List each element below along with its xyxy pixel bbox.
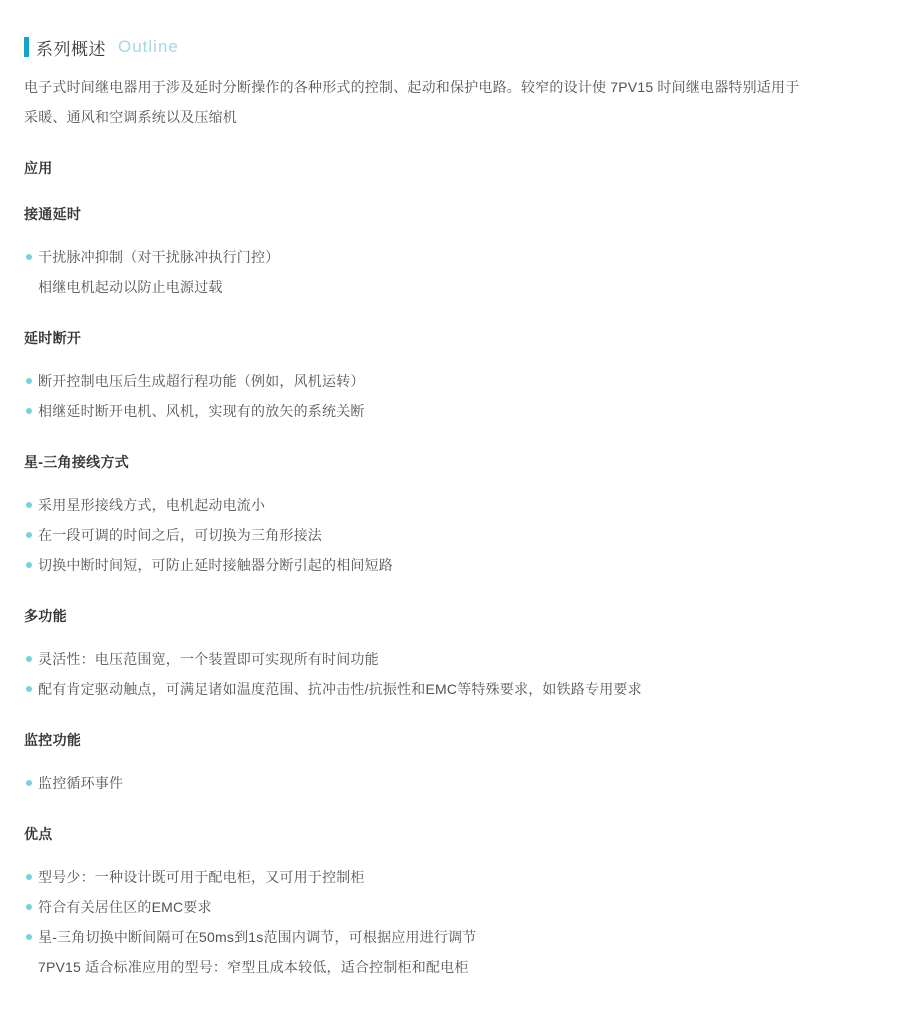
bullet-list: 灵活性：电压范围宽，一个装置即可实现所有时间功能配有肯定驱动触点，可满足诸如温度… — [24, 644, 876, 704]
bullet-dot-icon — [26, 904, 32, 910]
bullet-text: 型号少：一种设计既可用于配电柜，又可用于控制柜 — [38, 869, 365, 885]
section-heading: 接通延时 — [24, 204, 876, 224]
bullet-text: 断开控制电压后生成超行程功能（例如，风机运转） — [38, 373, 365, 389]
section-heading: 监控功能 — [24, 730, 876, 750]
bullet-text: 监控循环事件 — [38, 775, 123, 791]
document-page: 系列概述 Outline 电子式时间继电器用于涉及延时分断操作的各种形式的控制、… — [0, 0, 900, 1012]
bullet-text: 在一段可调的时间之后，可切换为三角形接法 — [38, 527, 322, 543]
bullet-text: 干扰脉冲抑制（对干扰脉冲执行门控） — [38, 249, 279, 265]
bullet-list: 型号少：一种设计既可用于配电柜，又可用于控制柜符合有关居住区的EMC要求星-三角… — [24, 862, 876, 982]
section-heading: 应用 — [24, 158, 876, 178]
continuation-line: 7PV15 适合标准应用的型号：窄型且成本较低，适合控制柜和配电柜 — [24, 952, 876, 982]
bullet-list: 监控循环事件 — [24, 768, 876, 798]
bullet-text: 配有肯定驱动触点，可满足诸如温度范围、抗冲击性/抗振性和EMC等特殊要求，如铁路… — [38, 681, 642, 697]
bullet-item: 监控循环事件 — [24, 768, 876, 798]
page-subtitle-en: Outline — [118, 37, 179, 57]
intro-line: 采暖、通风和空调系统以及压缩机 — [24, 102, 876, 132]
accent-bar — [24, 37, 29, 57]
section-heading: 延时断开 — [24, 328, 876, 348]
bullet-dot-icon — [26, 874, 32, 880]
bullet-dot-icon — [26, 780, 32, 786]
bullet-dot-icon — [26, 934, 32, 940]
intro-line: 电子式时间继电器用于涉及延时分断操作的各种形式的控制、起动和保护电路。较窄的设计… — [24, 72, 876, 102]
section-heading: 优点 — [24, 824, 876, 844]
bullet-item: 配有肯定驱动触点，可满足诸如温度范围、抗冲击性/抗振性和EMC等特殊要求，如铁路… — [24, 674, 876, 704]
continuation-line: 相继电机起动以防止电源过载 — [24, 272, 876, 302]
bullet-item: 在一段可调的时间之后，可切换为三角形接法 — [24, 520, 876, 550]
bullet-dot-icon — [26, 254, 32, 260]
bullet-text: 灵活性：电压范围宽，一个装置即可实现所有时间功能 — [38, 651, 379, 667]
bullet-item: 符合有关居住区的EMC要求 — [24, 892, 876, 922]
bullet-item: 灵活性：电压范围宽，一个装置即可实现所有时间功能 — [24, 644, 876, 674]
bullet-dot-icon — [26, 686, 32, 692]
bullet-dot-icon — [26, 562, 32, 568]
page-title: 系列概述 — [36, 35, 106, 60]
intro-paragraph: 电子式时间继电器用于涉及延时分断操作的各种形式的控制、起动和保护电路。较窄的设计… — [24, 72, 876, 132]
bullet-item: 干扰脉冲抑制（对干扰脉冲执行门控） — [24, 242, 876, 272]
bullet-text: 星-三角切换中断间隔可在50ms到1s范围内调节，可根据应用进行调节 — [38, 929, 476, 945]
bullet-item: 切换中断时间短，可防止延时接触器分断引起的相间短路 — [24, 550, 876, 580]
bullet-dot-icon — [26, 656, 32, 662]
bullet-dot-icon — [26, 502, 32, 508]
bullet-dot-icon — [26, 532, 32, 538]
bullet-list: 采用星形接线方式，电机起动电流小在一段可调的时间之后，可切换为三角形接法切换中断… — [24, 490, 876, 580]
bullet-item: 相继延时断开电机、风机，实现有的放矢的系统关断 — [24, 396, 876, 426]
bullet-text: 采用星形接线方式，电机起动电流小 — [38, 497, 265, 513]
bullet-text: 切换中断时间短，可防止延时接触器分断引起的相间短路 — [38, 557, 393, 573]
section-title-row: 系列概述 Outline — [24, 36, 876, 58]
section-heading: 星-三角接线方式 — [24, 452, 876, 472]
bullet-list: 干扰脉冲抑制（对干扰脉冲执行门控）相继电机起动以防止电源过载 — [24, 242, 876, 302]
bullet-text: 符合有关居住区的EMC要求 — [38, 899, 212, 915]
bullet-text: 相继延时断开电机、风机，实现有的放矢的系统关断 — [38, 403, 365, 419]
bullet-text: 7PV15 适合标准应用的型号：窄型且成本较低，适合控制柜和配电柜 — [38, 959, 469, 975]
bullet-item: 断开控制电压后生成超行程功能（例如，风机运转） — [24, 366, 876, 396]
bullet-text: 相继电机起动以防止电源过载 — [38, 279, 223, 295]
bullet-list: 断开控制电压后生成超行程功能（例如，风机运转）相继延时断开电机、风机，实现有的放… — [24, 366, 876, 426]
bullet-item: 型号少：一种设计既可用于配电柜，又可用于控制柜 — [24, 862, 876, 892]
section-heading: 多功能 — [24, 606, 876, 626]
bullet-dot-icon — [26, 408, 32, 414]
bullet-dot-icon — [26, 378, 32, 384]
bullet-item: 采用星形接线方式，电机起动电流小 — [24, 490, 876, 520]
bullet-item: 星-三角切换中断间隔可在50ms到1s范围内调节，可根据应用进行调节 — [24, 922, 876, 952]
sections: 应用接通延时干扰脉冲抑制（对干扰脉冲执行门控）相继电机起动以防止电源过载延时断开… — [24, 158, 876, 982]
